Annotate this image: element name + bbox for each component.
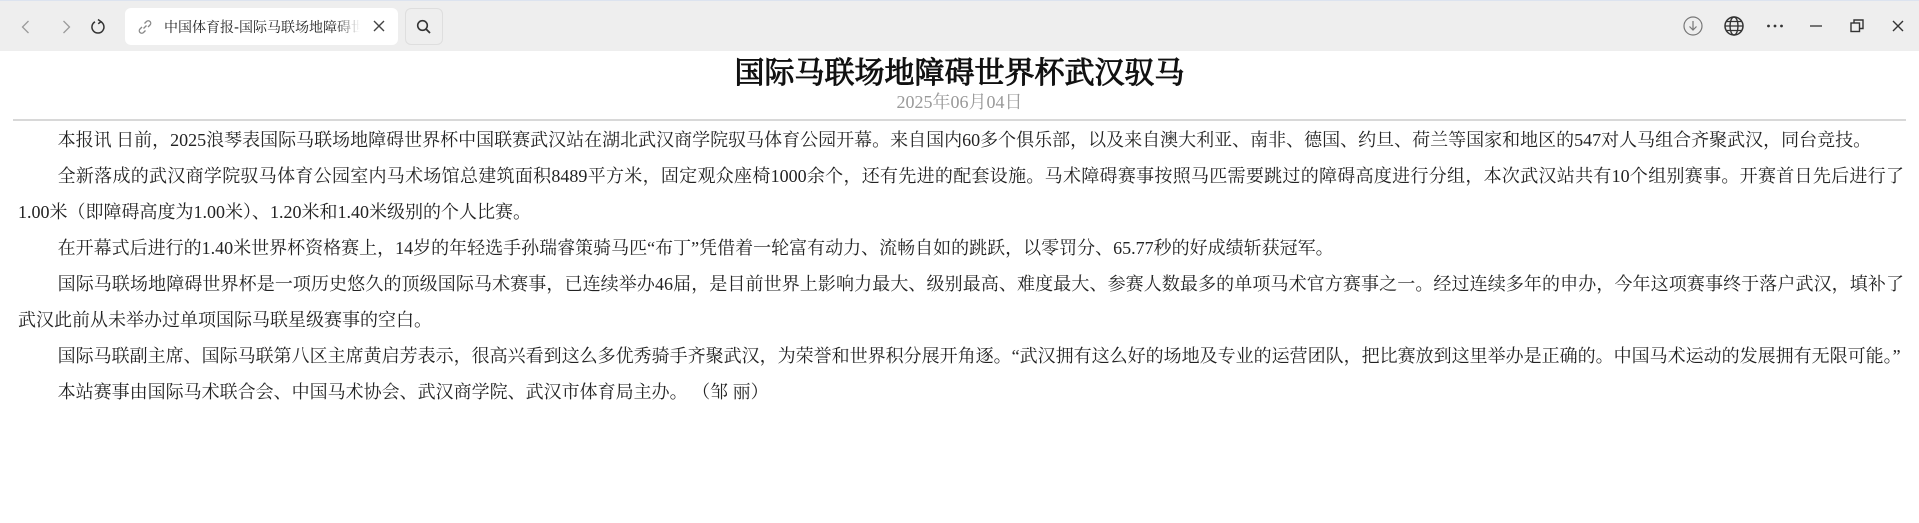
article-page: 国际马联场地障碍世界杯武汉驭马 2025年06月04日 本报讯 日前，2025浪… [0,51,1919,523]
reload-icon [89,18,107,36]
article-paragraph: 在开幕式后进行的1.40米世界杯资格赛上，14岁的年轻选手孙瑞睿策骑马匹“布丁”… [18,230,1904,266]
article-paragraph: 国际马联场地障碍世界杯是一项历史悠久的顶级国际马术赛事，已连续举办46届，是目前… [18,266,1904,338]
download-button[interactable] [1680,13,1706,39]
title-divider [13,119,1906,121]
restore-button[interactable] [1844,13,1870,39]
minimize-button[interactable] [1803,13,1829,39]
close-window-button[interactable] [1885,13,1911,39]
chevron-left-icon [18,19,34,35]
minimize-icon [1806,16,1826,36]
back-button[interactable] [12,13,40,41]
article-body: 本报讯 日前，2025浪琴表国际马联场地障碍世界杯中国联赛武汉站在湖北武汉商学院… [18,122,1904,410]
search-button[interactable] [405,8,443,45]
translate-button[interactable] [1721,13,1747,39]
reload-button[interactable] [84,13,112,41]
article-paragraph: 全新落成的武汉商学院驭马体育公园室内马术场馆总建筑面积8489平方米，固定观众座… [18,158,1904,230]
tab-close-button[interactable] [370,17,388,35]
tab-title: 中国体育报-国际马联场地障碍世界杯武汉驭马 [164,17,360,37]
chevron-right-icon [58,19,74,35]
article-paragraph: 国际马联副主席、国际马联第八区主席黄启芳表示，很高兴看到这么多优秀骑手齐聚武汉，… [18,338,1904,374]
article-paragraph: 本站赛事由国际马术联合会、中国马术协会、武汉商学院、武汉市体育局主办。 （邹 丽… [18,374,1904,410]
close-icon [1888,16,1908,36]
globe-icon [1723,15,1745,37]
restore-icon [1847,16,1867,36]
article-date: 2025年06月04日 [0,89,1919,115]
more-icon [1764,15,1786,37]
search-icon [415,18,433,36]
forward-button[interactable] [52,13,80,41]
browser-tab[interactable]: 中国体育报-国际马联场地障碍世界杯武汉驭马 [125,8,398,45]
link-icon [136,18,154,36]
more-menu-button[interactable] [1762,13,1788,39]
article-paragraph: 本报讯 日前，2025浪琴表国际马联场地障碍世界杯中国联赛武汉站在湖北武汉商学院… [18,122,1904,158]
close-icon [370,17,388,35]
download-icon [1682,15,1704,37]
browser-toolbar: 中国体育报-国际马联场地障碍世界杯武汉驭马 [0,0,1919,51]
